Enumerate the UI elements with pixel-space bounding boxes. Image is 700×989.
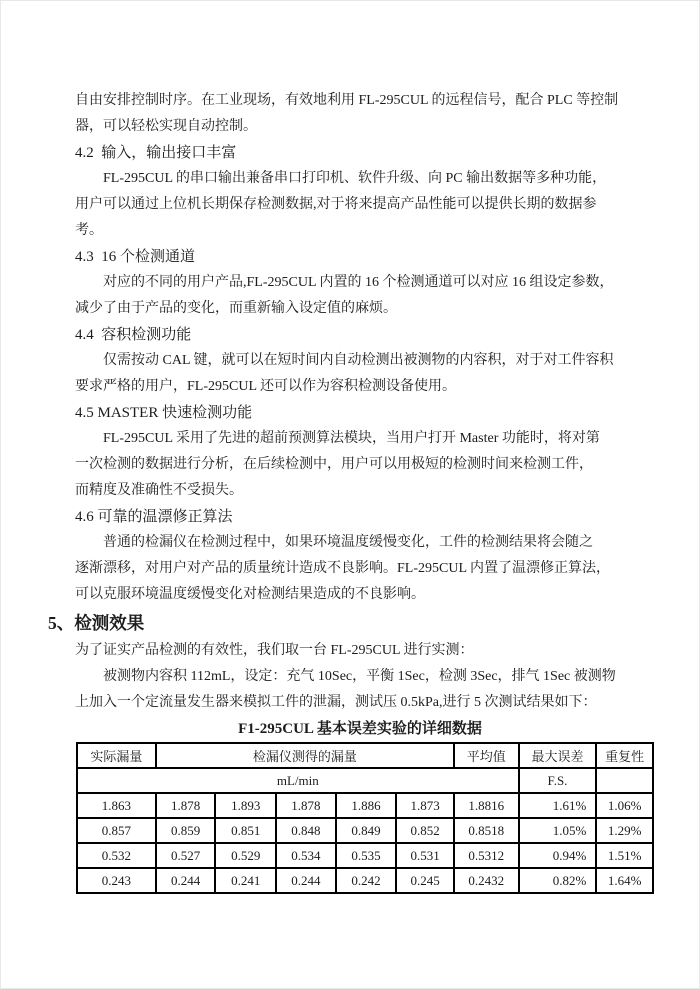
table-title: F1-295CUL 基本误差实验的详细数据 [75, 717, 645, 742]
header-repeatability: 重复性 [596, 743, 653, 768]
cell: 0.244 [276, 868, 336, 893]
cell: 0.857 [77, 818, 156, 843]
section-heading-4-2: 4.2 输入，输出接口丰富 [75, 140, 645, 166]
table-row: 0.532 0.527 0.529 0.534 0.535 0.531 0.53… [77, 843, 653, 868]
cell: 0.849 [336, 818, 397, 843]
repeat-blank-cell [596, 768, 653, 793]
cell: 0.245 [396, 868, 454, 893]
table-row: 0.243 0.244 0.241 0.244 0.242 0.245 0.24… [77, 868, 653, 893]
section-heading-4-4: 4.4 容积检测功能 [75, 322, 645, 348]
error-data-table: 实际漏量 检漏仪测得的漏量 平均值 最大误差 重复性 mL/min F.S. 1… [76, 742, 654, 894]
cell: 1.893 [215, 793, 276, 818]
section-heading-4-6: 4.6 可靠的温漂修正算法 [75, 504, 645, 530]
cell: 1.878 [156, 793, 216, 818]
cell: 0.529 [215, 843, 276, 868]
header-actual-leak: 实际漏量 [77, 743, 156, 768]
section-body-4-6: 普通的检漏仪在检测过程中，如果环境温度缓慢变化，工件的检测结果将会随之 逐渐漂移… [75, 530, 645, 608]
section-heading-4-5: 4.5 MASTER 快速检测功能 [75, 400, 645, 426]
cell-repeatability: 1.29% [596, 818, 653, 843]
cell: 0.5312 [454, 843, 519, 868]
table-unit-row: mL/min F.S. [77, 768, 653, 793]
cell: 0.527 [156, 843, 216, 868]
header-average: 平均值 [454, 743, 519, 768]
table-header-row: 实际漏量 检漏仪测得的漏量 平均值 最大误差 重复性 [77, 743, 653, 768]
cell-max-error: 0.82% [519, 868, 597, 893]
cell: 1.863 [77, 793, 156, 818]
section-heading-4-3: 4.3 16 个检测通道 [75, 244, 645, 270]
section-body-4-2: FL-295CUL 的串口输出兼备串口打印机、软件升级、向 PC 输出数据等多种… [75, 166, 645, 244]
cell: 0.8518 [454, 818, 519, 843]
cell: 1.886 [336, 793, 397, 818]
document-page: 自由安排控制时序。在工业现场，有效地利用 FL-295CUL 的远程信号，配合 … [0, 0, 700, 989]
cell: 0.241 [215, 868, 276, 893]
table-row: 1.863 1.878 1.893 1.878 1.886 1.873 1.88… [77, 793, 653, 818]
cell: 0.852 [396, 818, 454, 843]
section-body-4-5: FL-295CUL 采用了先进的超前预测算法模块，当用户打开 Master 功能… [75, 426, 645, 504]
cell-max-error: 1.61% [519, 793, 597, 818]
document-content: 自由安排控制时序。在工业现场，有效地利用 FL-295CUL 的远程信号，配合 … [0, 0, 700, 894]
cell-repeatability: 1.06% [596, 793, 653, 818]
header-measured-leak: 检漏仪测得的漏量 [156, 743, 454, 768]
cell-max-error: 0.94% [519, 843, 597, 868]
cell: 0.531 [396, 843, 454, 868]
cell: 0.848 [276, 818, 336, 843]
table-row: 0.857 0.859 0.851 0.848 0.849 0.852 0.85… [77, 818, 653, 843]
cell: 0.535 [336, 843, 397, 868]
header-max-error: 最大误差 [519, 743, 597, 768]
cell-max-error: 1.05% [519, 818, 597, 843]
section-body-4-3: 对应的不同的用户产品,FL-295CUL 内置的 16 个检测通道可以对应 16… [75, 270, 645, 322]
cell: 1.873 [396, 793, 454, 818]
cell: 0.243 [77, 868, 156, 893]
chapter-heading-5: 5、检测效果 [48, 608, 645, 638]
cell: 0.244 [156, 868, 216, 893]
cell: 0.532 [77, 843, 156, 868]
cell: 1.878 [276, 793, 336, 818]
section-body-4-4: 仅需按动 CAL 键，就可以在短时间内自动检测出被测物的内容积，对于对工件容积 … [75, 348, 645, 400]
fs-cell: F.S. [519, 768, 597, 793]
cell-repeatability: 1.64% [596, 868, 653, 893]
test-setup-paragraph: 被测物内容积 112mL，设定：充气 10Sec，平衡 1Sec，检测 3Sec… [75, 664, 645, 716]
cell: 0.534 [276, 843, 336, 868]
cell: 0.859 [156, 818, 216, 843]
cell: 0.242 [336, 868, 397, 893]
cell-repeatability: 1.51% [596, 843, 653, 868]
intro-continuation-paragraph: 自由安排控制时序。在工业现场，有效地利用 FL-295CUL 的远程信号，配合 … [75, 88, 645, 140]
chapter-intro-paragraph: 为了证实产品检测的有效性，我们取一台 FL-295CUL 进行实测： [75, 638, 645, 664]
cell: 0.851 [215, 818, 276, 843]
cell: 1.8816 [454, 793, 519, 818]
unit-cell: mL/min [77, 768, 519, 793]
cell: 0.2432 [454, 868, 519, 893]
